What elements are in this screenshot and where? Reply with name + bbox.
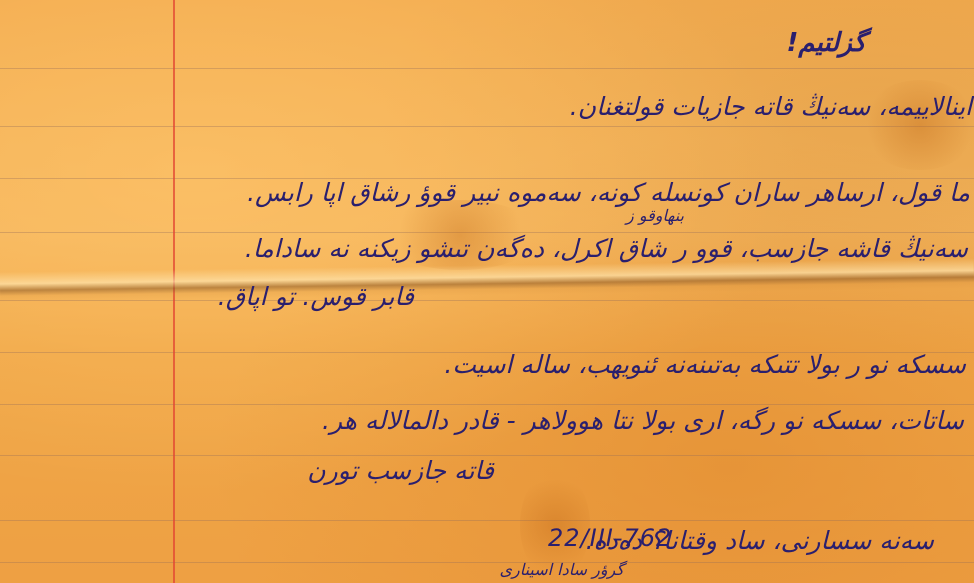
paper-fold-crease — [0, 258, 974, 302]
letter-date: 22/ΙΙΙ-762 — [548, 524, 672, 552]
interlinear-note: بنهاوقو ز — [626, 206, 684, 225]
letter-title: گزلتیم! — [787, 28, 867, 58]
letter-line-4: قابر قوس. تو اپاق. — [218, 282, 414, 311]
ruled-line — [0, 126, 974, 127]
ruled-line — [0, 404, 974, 405]
ruled-line — [0, 562, 974, 563]
letter-line-6: ساتات، سسكه نو رگه، ارى بولا نتا هوولاهر… — [322, 406, 964, 435]
letter-line-signature: گرؤر سادا اسيناری — [499, 560, 624, 579]
ruled-line — [0, 68, 974, 69]
letter-line-3: سه‌نیڭ قاشه جازسب، قوو ر شاق اكرل، دەگەن… — [245, 234, 968, 263]
letter-line-5: سسكه نو ر بولا تتىكه بەتىنەنه ئنويهب، سا… — [444, 350, 966, 379]
letter-line-1: اینالاییمه، سه‌نیڭ قاته جازیات قولتغنان. — [570, 92, 972, 121]
letter-line-7: قاته جازسب تورن — [307, 456, 494, 485]
letter-paper: گزلتیم! اینالاییمه، سه‌نیڭ قاته جازیات ق… — [0, 0, 974, 583]
letter-line-2: ما قول، ارساهر ساران كونسله كونه، سه‌موه… — [247, 178, 970, 207]
ruled-line — [0, 300, 974, 301]
ruled-line — [0, 520, 974, 521]
